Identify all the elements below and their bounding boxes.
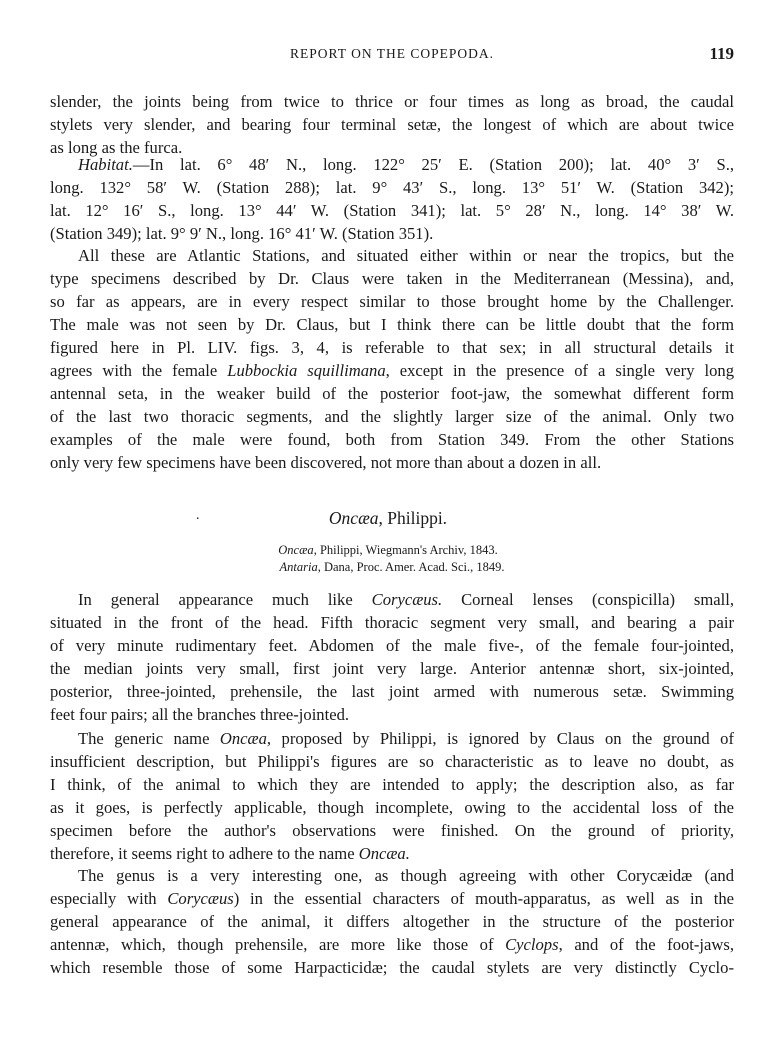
synonymy-line: Oncæa, Philippi, Wiegmann's Archiv, 1843… — [0, 543, 776, 558]
text-line: of very minute rudimentary feet. Abdomen… — [50, 634, 734, 657]
habitat-paragraph: Habitat.—In lat. 6° 48′ N., long. 122° 2… — [50, 153, 734, 245]
description-paragraph: In general appearance much like Corycæus… — [50, 588, 734, 726]
text-line: The male was not seen by Dr. Claus, but … — [50, 313, 734, 336]
text-line: lat. 12° 16′ S., long. 13° 44′ W. (Stati… — [50, 199, 734, 222]
text-line: antennæ, which, though prehensile, are m… — [50, 933, 734, 956]
habitat-label: Habitat. — [78, 155, 133, 174]
text-line: as it goes, is perfectly applicable, tho… — [50, 796, 734, 819]
text-line: All these are Atlantic Stations, and sit… — [50, 244, 734, 267]
paragraph-continuation: slender, the joints being from twice to … — [50, 90, 734, 159]
text-line: of the last two thoracic segments, and t… — [50, 405, 734, 428]
atlantic-paragraph: All these are Atlantic Stations, and sit… — [50, 244, 734, 474]
text-line: feet four pairs; all the branches three-… — [50, 703, 734, 726]
text-line: which resemble those of some Harpacticid… — [50, 956, 734, 979]
text-line: type specimens described by Dr. Claus we… — [50, 267, 734, 290]
genus-paragraph: The genus is a very interesting one, as … — [50, 864, 734, 979]
text-line: general appearance of the animal, it dif… — [50, 910, 734, 933]
text-line: the median joints very small, first join… — [50, 657, 734, 680]
text-line: specimen before the author's observation… — [50, 819, 734, 842]
text-line: Habitat.—In lat. 6° 48′ N., long. 122° 2… — [50, 153, 734, 176]
text-line: antennal seta, in the weaker build of th… — [50, 382, 734, 405]
text-line: figured here in Pl. LIV. figs. 3, 4, is … — [50, 336, 734, 359]
page-number: 119 — [709, 44, 734, 64]
text-line: insufficient description, but Philippi's… — [50, 750, 734, 773]
text-line: posterior, three-jointed, prehensile, th… — [50, 680, 734, 703]
text-line: therefore, it seems right to adhere to t… — [50, 842, 734, 865]
text-line: I think, of the animal to which they are… — [50, 773, 734, 796]
generic-name-paragraph: The generic name Oncæa, proposed by Phil… — [50, 727, 734, 865]
text-line: long. 132° 58′ W. (Station 288); lat. 9°… — [50, 176, 734, 199]
genus-heading: Oncæa, Philippi. — [0, 508, 776, 529]
text-line: The generic name Oncæa, proposed by Phil… — [50, 727, 734, 750]
text-line: The genus is a very interesting one, as … — [50, 864, 734, 887]
text-line: In general appearance much like Corycæus… — [50, 588, 734, 611]
species-name: Lubbockia squillimana — [227, 361, 385, 380]
text-line: slender, the joints being from twice to … — [50, 90, 734, 113]
page-header: REPORT ON THE COPEPODA. 119 — [50, 44, 734, 66]
text-line: (Station 349); lat. 9° 9′ N., long. 16° … — [50, 222, 734, 245]
running-head: REPORT ON THE COPEPODA. — [50, 46, 734, 62]
text-line: situated in the front of the head. Fifth… — [50, 611, 734, 634]
text-line: so far as appears, are in every respect … — [50, 290, 734, 313]
text-line: especially with Corycæus) in the essenti… — [50, 887, 734, 910]
text-line: only very few specimens have been discov… — [50, 451, 734, 474]
synonymy-line: Antaria, Dana, Proc. Amer. Acad. Sci., 1… — [0, 560, 776, 575]
text-line: agrees with the female Lubbockia squilli… — [50, 359, 734, 382]
text-line: examples of the male were found, both fr… — [50, 428, 734, 451]
text-line: stylets very slender, and bearing four t… — [50, 113, 734, 136]
